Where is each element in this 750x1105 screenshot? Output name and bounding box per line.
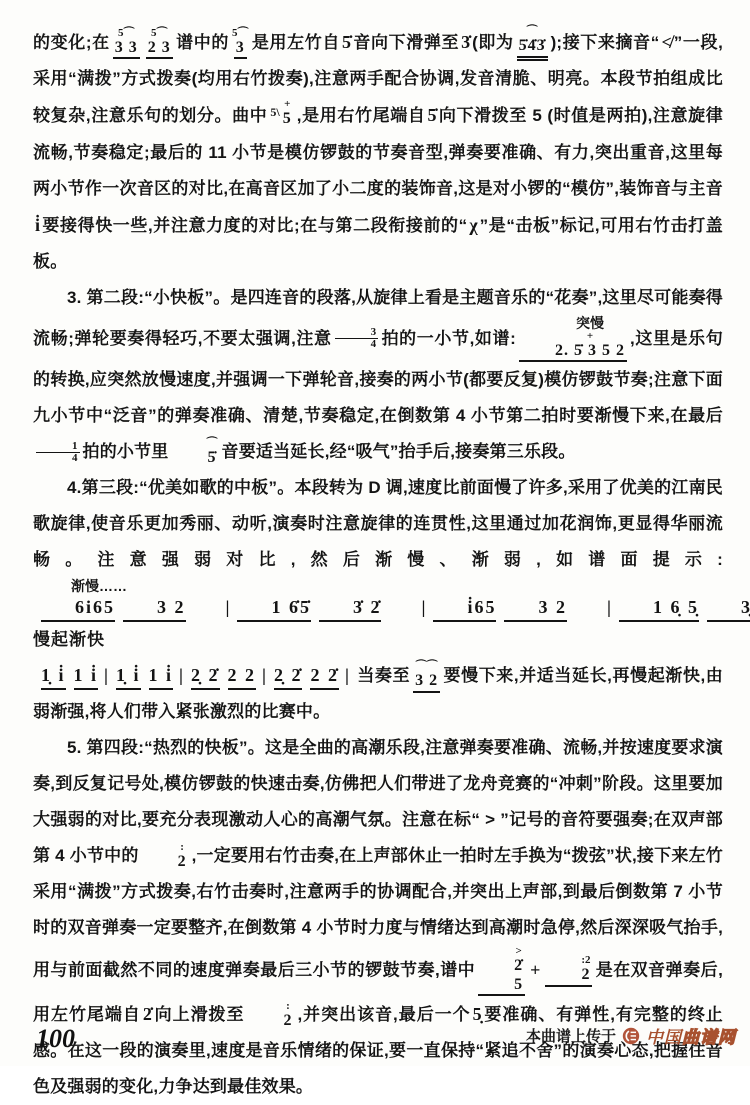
note-group: 3̣ 2̣ (707, 595, 750, 622)
paragraph: 5. 第四段:“热烈的快板”。这是全曲的高潮乐段,注意弹奏要准确、流畅,并按速度… (33, 730, 723, 1066)
notation-ornament: 5⌒ (232, 28, 249, 39)
barline-icon: | (104, 663, 110, 688)
text-run: ,一定要用右竹击奏,在上声部休止一拍时左手换为“拨弦”状,接下来左竹采用“满拨”… (33, 846, 723, 979)
notation-stack: 5⌒3 (232, 28, 249, 59)
notation-stack: :2 (142, 842, 189, 871)
note-group: 2̣ 2̇ (274, 663, 303, 690)
notation-ornament: :2 (547, 955, 590, 966)
notation-subnote: 5 (478, 976, 525, 996)
text-run: 要接得快一些,并注意力度的对比;在与第二段衔接前的“ (42, 216, 467, 235)
notation-notes: 2̇ (478, 957, 525, 975)
notation-figure: ⌒5̇4̇3̇ (517, 26, 548, 60)
notation-notes: 2 3 (146, 39, 173, 59)
site-name-outline: 曲谱网 (682, 1028, 736, 1047)
note-group: 1̣ i̇ (41, 663, 66, 690)
tempo-label: 突慢 (542, 316, 604, 331)
notation-notes: 2 (545, 966, 592, 986)
notation-figure: >2̇5 (478, 946, 525, 996)
notation-figure: ⌒⌒3 2 (413, 661, 440, 692)
notation-ornament: ⌒ (527, 26, 538, 37)
notation-stack: :22 (545, 955, 592, 986)
notation-measures: 6i653 2|1 6̇5̇3̇ 2̇|i̇653 2|1 6̣ 5̣3̣ 2̣… (37, 595, 750, 622)
note-group: 2 2̇ (310, 663, 339, 690)
notation-notes: 2 (142, 853, 189, 871)
text-run: 拍的一小节,如谱: (381, 328, 516, 347)
text-run: );接下来摘音“ (551, 33, 660, 52)
upload-credit-text: 本曲谱上传于 (526, 1025, 616, 1046)
paragraph: 慢起渐快1̣ i̇1 i̇|1̣ i̇1 i̇|2̣ 2̇2 2|2̣ 2̇2 … (33, 622, 723, 730)
notation-figure: :2 (247, 1001, 294, 1030)
scanned-document-page: 的变化;在5⌒3 35⌒2 3谱中的5⌒3是用左竹自5̇音向下滑弹至3̇(即为⌒… (0, 0, 750, 1066)
inline-note: i̇ (33, 215, 42, 235)
note-group: 1 i̇ (149, 663, 174, 690)
paragraph: 3. 第二段:“小快板”。是四连音的段落,从旋律上看是主题音乐的“花奏”,这里尽… (33, 280, 723, 471)
tempo-label: 渐慢…… (37, 578, 750, 595)
beat-fraction: 14 (36, 441, 80, 464)
barline-icon: | (573, 595, 613, 620)
paragraph: 的变化;在5⌒3 35⌒2 3谱中的5⌒3是用左竹自5̇音向下滑弹至3̇(即为⌒… (33, 24, 723, 280)
note-group: 1 i̇ (74, 663, 99, 690)
barline-icon: | (262, 663, 268, 688)
notation-figure: 5⌒2 3 (146, 28, 173, 59)
inline-note: 5̣ (471, 1004, 484, 1024)
notation-notes: 3 2 (413, 672, 440, 692)
text-run: 拍的小节里 (83, 442, 169, 461)
inline-note: 3̇ (459, 32, 472, 52)
inline-note: ≮ (659, 32, 673, 52)
tempo-section-label: 慢起渐快 (33, 622, 723, 658)
notation-ornament: + (553, 331, 593, 342)
beat-fraction: 34 (335, 327, 379, 350)
fraction-denominator: 4 (335, 339, 379, 350)
notation-figure: 5⌒3 (232, 28, 249, 59)
notation-stack: 5⌒2 3 (146, 28, 173, 59)
note-group: 2̣ 2̇ (191, 663, 220, 690)
notation-ornament: ⌒⌒ (416, 661, 438, 672)
notation-notes: 2. 5̇ 3 5 2 (519, 342, 627, 362)
qupu-site-logo-icon (622, 1027, 640, 1045)
document-content: 的变化;在5⌒3 35⌒2 3谱中的5⌒3是用左竹自5̇音向下滑弹至3̇(即为⌒… (33, 24, 723, 1066)
note-group: 6i65 (41, 595, 115, 622)
text-run: 的变化;在 (33, 33, 110, 52)
text-run: 当奏至 (357, 666, 410, 685)
notation-stack: ⌒5̇4̇3̇ (517, 26, 548, 60)
notation-ornament: 5⌒ (151, 28, 168, 39)
note-group: 3 2 (123, 595, 186, 622)
note-group: 1 6̇5̇ (237, 595, 311, 622)
notation-stack: :2 (247, 1001, 294, 1030)
notation-ornament: : (146, 842, 184, 853)
notation-stack: 5⌒3 3 (113, 28, 140, 59)
text-run: (即为 (472, 33, 514, 52)
notation-notes: 3 3 (113, 39, 140, 59)
note-group: 1̣ i̇ (116, 663, 141, 690)
page-number: 100 (36, 1024, 75, 1054)
notation-figure: :22 (545, 955, 592, 986)
note-group: 2 2 (228, 663, 257, 690)
inline-note: + (528, 960, 542, 980)
notation-stack: ⌒5̇ (172, 438, 219, 467)
notation-line: 渐慢……6i653 2|1 6̇5̇3̇ 2̇|i̇653 2|1 6̣ 5̣3… (37, 578, 750, 622)
notation-figure: ⌒5̇ (172, 438, 219, 467)
note-group: 1 6̣ 5̣ (619, 595, 699, 622)
notation-notes: 5̇4̇3̇ (517, 37, 548, 60)
barline-icon: | (387, 595, 427, 620)
site-name-solid: 中国 (646, 1028, 682, 1047)
note-group: 3̇ 2̇ (319, 595, 382, 622)
text-run: 谱中的 (176, 33, 229, 52)
notation-notes: 3 (234, 39, 247, 59)
footer-credit: 本曲谱上传于 中国曲谱网 (526, 1023, 736, 1048)
notation-stack: +5 (281, 99, 294, 128)
notation-notes: 5̇ (172, 449, 219, 467)
fraction-denominator: 4 (36, 453, 80, 464)
text-run: ,并突出该音,最后一个 (297, 1005, 470, 1024)
notation-grace: 5\ (270, 94, 279, 130)
text-run: 是用左竹自 (251, 33, 339, 52)
notation-figure: :2 (142, 842, 189, 871)
barline-icon: | (345, 663, 351, 688)
text-run: 音要适当延长,经“吸气”抬手后,接奏第三乐段。 (222, 442, 576, 461)
notation-ornament: 5⌒ (118, 28, 135, 39)
paragraph: 4.第三段:“优美如歌的中板”。本段转为 D 调,速度比前面慢了许多,采用了优美… (33, 470, 723, 622)
site-name: 中国曲谱网 (646, 1023, 736, 1048)
barline-icon: | (192, 595, 232, 620)
barline-icon: | (179, 663, 185, 688)
note-group: i̇65 (433, 595, 496, 622)
text-run: ,是用右竹尾端自 (297, 106, 426, 125)
text-run: 4.第三段:“优美如歌的中板”。本段转为 D 调,速度比前面慢了许多,采用了优美… (33, 478, 723, 569)
inline-note: 5̇ (340, 32, 353, 52)
inline-note: χ (467, 215, 479, 235)
inline-note: 5̇ (425, 105, 438, 125)
notation-figure: 5⌒3 3 (113, 28, 140, 59)
notation-measures: 1̣ i̇1 i̇|1̣ i̇1 i̇|2̣ 2̇2 2|2̣ 2̇2 2̇| (37, 663, 353, 690)
text-run: 音向下滑弹至 (353, 33, 459, 52)
notation-ornament: : (252, 1001, 290, 1012)
notation-line: 1̣ i̇1 i̇|1̣ i̇1 i̇|2̣ 2̇2 2|2̣ 2̇2 2̇| (37, 663, 353, 690)
notation-notes: 2 (247, 1012, 294, 1030)
inline-note: 2̇ (141, 1004, 154, 1024)
text-run: 向上滑拨至 (154, 1005, 245, 1024)
notation-figure: 5\+5 (270, 99, 293, 135)
notation-notes: 5 (281, 110, 294, 128)
notation-stack: ⌒⌒3 2 (413, 661, 440, 692)
notation-ornament: > (482, 946, 522, 957)
note-group: 3 2 (504, 595, 567, 622)
notation-figure: 突慢+2. 5̇ 3 5 2 (519, 316, 627, 363)
notation-stack: 突慢+2. 5̇ 3 5 2 (519, 316, 627, 363)
notation-stack: >2̇5 (478, 946, 525, 996)
notation-ornament: + (284, 99, 290, 110)
notation-ornament: ⌒ (173, 438, 218, 449)
